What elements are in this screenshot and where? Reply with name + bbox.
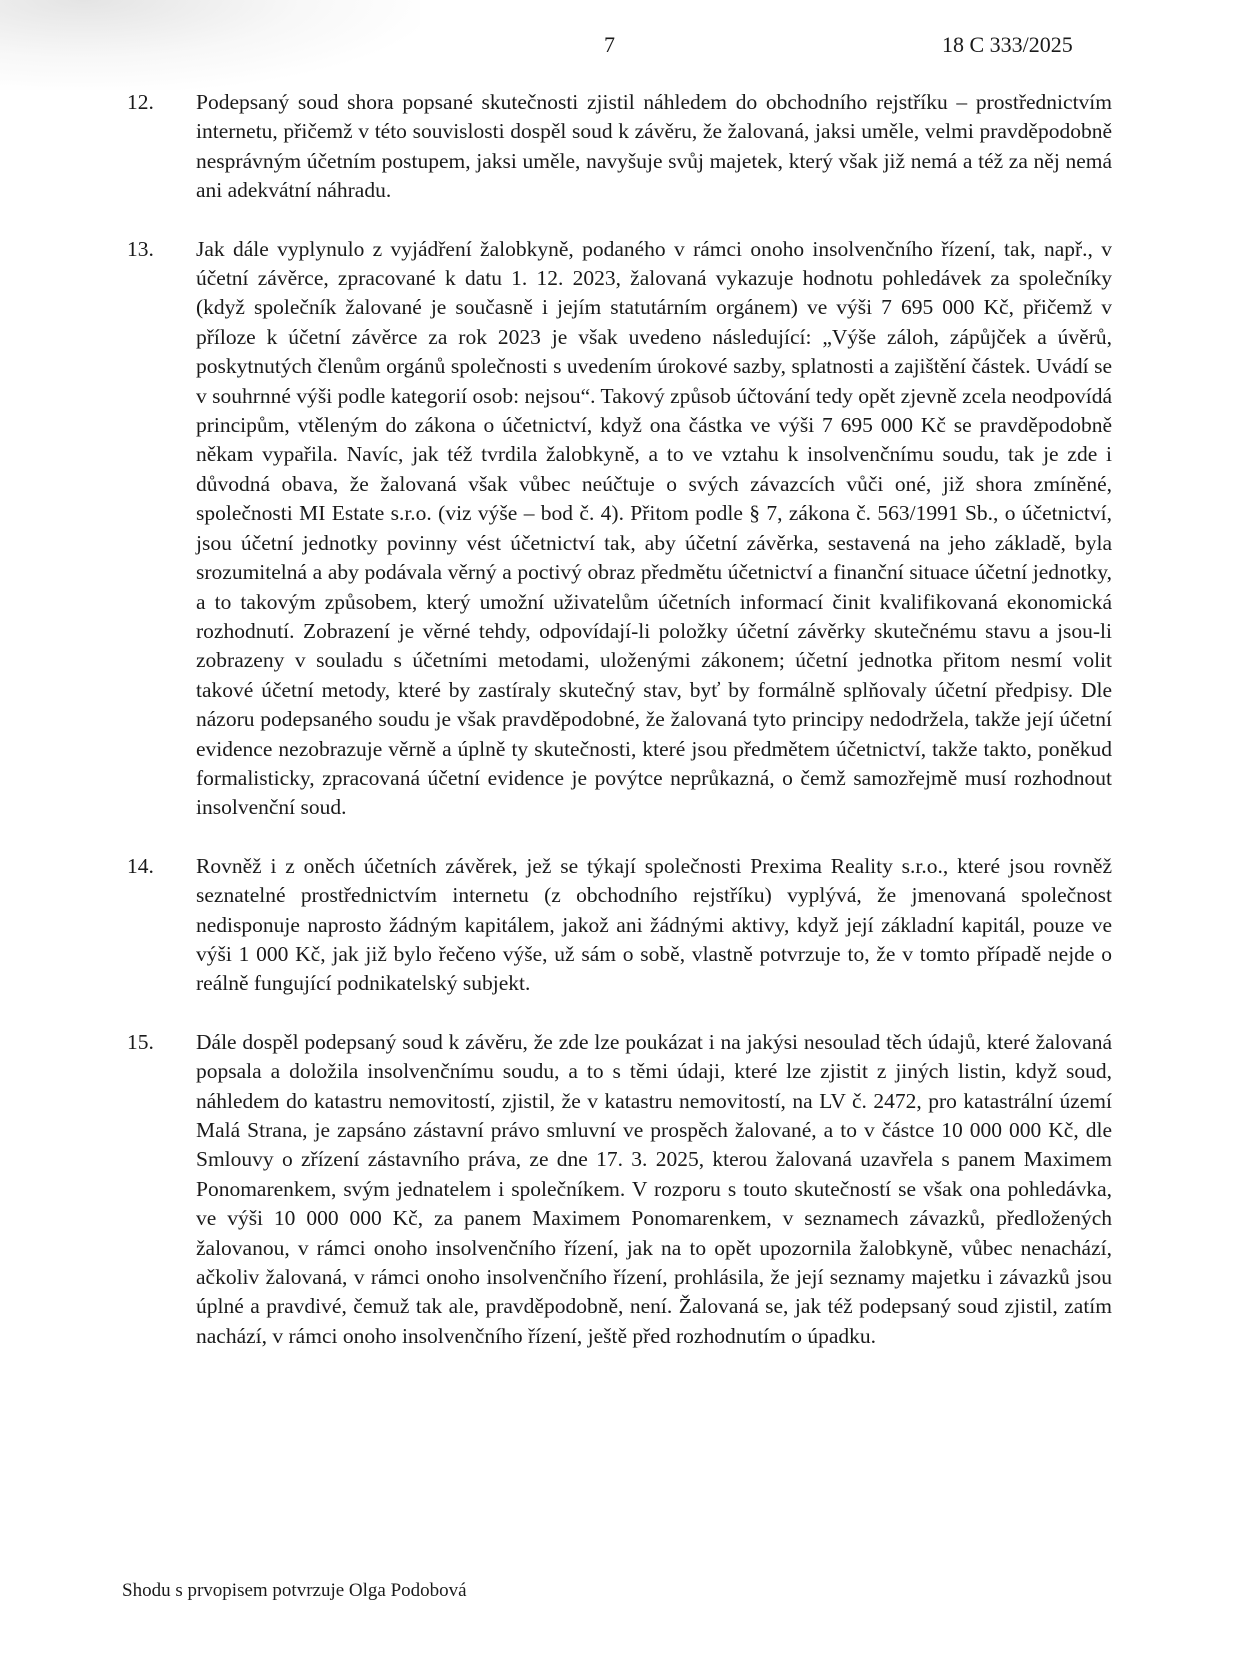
paragraph-text: Dále dospěl podepsaný soud k závěru, že … <box>196 1030 1112 1348</box>
document-body: 12. Podepsaný soud shora popsané skutečn… <box>127 88 1112 1351</box>
paragraph-text: Rovněž i z oněch účetních závěrek, jež s… <box>196 854 1112 996</box>
paragraph-number: 12. <box>127 88 154 117</box>
certification-footer: Shodu s prvopisem potvrzuje Olga Podobov… <box>122 1580 467 1602</box>
paragraph-13: 13. Jak dále vyplynulo z vyjádření žalob… <box>127 235 1112 823</box>
case-number: 18 C 333/2025 <box>942 32 1073 58</box>
page-header: 7 18 C 333/2025 <box>0 32 1235 62</box>
paragraph-14: 14. Rovněž i z oněch účetních závěrek, j… <box>127 852 1112 999</box>
paragraph-number: 13. <box>127 235 154 264</box>
paragraph-12: 12. Podepsaný soud shora popsané skutečn… <box>127 88 1112 206</box>
page-number: 7 <box>604 32 615 58</box>
paragraph-text: Podepsaný soud shora popsané skutečnosti… <box>196 90 1112 202</box>
paragraph-number: 15. <box>127 1028 154 1057</box>
paragraph-15: 15. Dále dospěl podepsaný soud k závěru,… <box>127 1028 1112 1351</box>
paragraph-text: Jak dále vyplynulo z vyjádření žalobkyně… <box>196 237 1112 820</box>
paragraph-number: 14. <box>127 852 154 881</box>
